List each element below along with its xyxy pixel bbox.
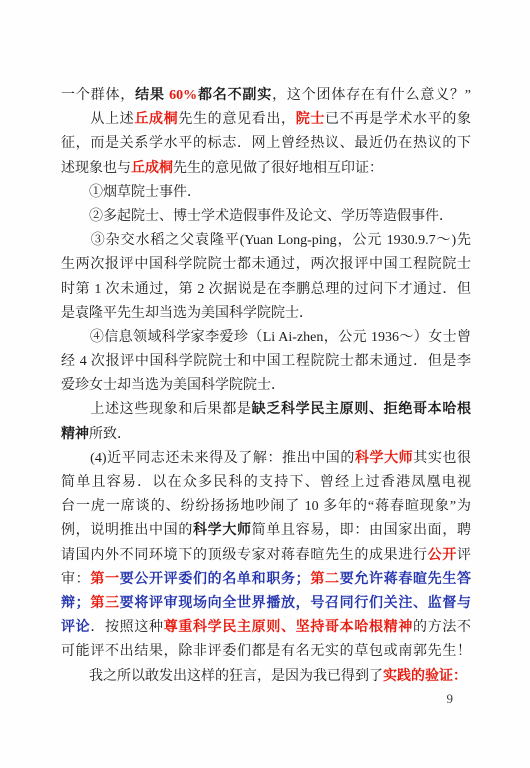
text-run: 的方法不 [413,620,471,635]
page-number: 9 [61,691,471,707]
text-run: 科学大师 [193,523,252,538]
text-line: 我之所以敢发出这样的狂言，是因为我已得到了实践的验证： [61,665,471,689]
text-run: ④信息领域科学家李爱珍（Li Ai-zhen，公元 1936～）女士曾 [61,330,471,345]
text-line: 生两次报评中国科学院院士都未通过，两次报评中国工程院院士 [61,253,471,277]
text-run: 先生的意见做了很好地相互印证： [173,161,383,176]
text-run: 第二 [310,572,340,587]
text-line: 从上述丘成桐先生的意见看出，院士已不再是学术水平的象 [61,108,471,132]
text-run: 公开 [428,548,457,563]
text-run: 要允许蒋春暄先生答 [340,572,471,587]
text-run: 我之所以敢发出这样的狂言，是因为我已得到了 [61,669,383,684]
text-run: 时第 1 次未通过，第 2 次据说是在李鹏总理的过问下才通过．但 [61,282,471,297]
text-run: 丘成桐 [134,112,178,127]
text-run: 征，而是关系学水平的标志．网上曾经热议、最近仍在热议的下 [61,136,471,151]
text-run: 其实也很 [413,451,471,466]
text-run: 评论 [61,620,90,635]
text-line: 可能评不出结果，除非评委们都是有名无实的草包或南郭先生！ [61,640,471,664]
text-line: 评论．按照这种尊重科学民主原则、坚持哥本哈根精神的方法不 [61,616,471,640]
text-run: 上述这些现象和后果都是 [61,402,252,417]
text-line: (4)近平同志还未来得及了解：推出中国的科学大师其实也很 [61,447,471,471]
text-run: 生两次报评中国科学院院士都未通过，两次报评中国工程院院士 [61,257,471,272]
text-run: 缺乏科学民主原则、拒绝哥本哈根 [252,402,471,417]
text-run: 可能评不出结果，除非评委们都是有名无实的草包或南郭先生！ [61,644,471,659]
text-run: 请国内外不同环境下的顶级专家对蒋春暄先生的成果进行 [61,548,428,563]
text-run: 要将评审现场向全世界播放，号召同行们关注、监督与 [120,596,471,611]
text-run: 都名不副实 [197,88,272,103]
text-line: 一个群体，结果 60%都名不副实，这个团体存在有什么意义？” [61,84,471,108]
text-run: 评 [457,548,471,563]
text-line: 上述这些现象和后果都是缺乏科学民主原则、拒绝哥本哈根 [61,398,471,422]
text-run: 结果 [135,88,169,103]
text-run: 要公开评委们的名单和职务； [120,572,310,587]
text-line: ①烟草院士事件． [61,181,471,205]
text-line: ②多起院士、博士学术造假事件及论文、学历等造假事件． [61,205,471,229]
text-run: 尊重科学民主原则、坚持哥本哈根精神 [164,620,413,635]
document-page: 一个群体，结果 60%都名不副实，这个团体存在有什么意义？” 从上述丘成桐先生的… [0,0,530,768]
text-run: 台一虎一席谈的、纷纷扬扬地吵闹了 10 多年的“蒋春暄现象”为 [61,499,471,514]
text-run: ．按照这种 [90,620,163,635]
text-line: 审：第一要公开评委们的名单和职务；第二要允许蒋春暄先生答 [61,568,471,592]
text-line: 例，说明推出中国的科学大师简单且容易，即：由国家出面，聘 [61,519,471,543]
text-run: 院士 [296,112,325,127]
text-line: 时第 1 次未通过，第 2 次据说是在李鹏总理的过问下才通过．但 [61,278,471,302]
text-block: 一个群体，结果 60%都名不副实，这个团体存在有什么意义？” 从上述丘成桐先生的… [61,84,471,689]
text-run: 科学大师 [355,451,413,466]
text-run: 第一 [90,572,119,587]
text-line: 爱珍女士却当选为美国科学院院士． [61,374,471,398]
text-run: ①烟草院士事件． [61,185,201,200]
text-line: 述现象也与丘成桐先生的意见做了很好地相互印证： [61,157,471,181]
text-run: 第三 [90,596,120,611]
text-line: 请国内外不同环境下的顶级专家对蒋春暄先生的成果进行公开评 [61,544,471,568]
text-line: 征，而是关系学水平的标志．网上曾经热议、最近仍在热议的下 [61,132,471,156]
text-run: (4)近平同志还未来得及了解：推出中国的 [61,451,355,466]
text-run: 简单且容易，即：由国家出面，聘 [252,523,471,538]
text-run: 述现象也与 [61,161,131,176]
text-run: 简单且容易．以在众多民科的支持下、曾经上过香港凤凰电视 [61,475,471,490]
text-run: ，这个团体存在有什么意义？” [272,88,471,103]
text-line: 辩；第三要将评审现场向全世界播放，号召同行们关注、监督与 [61,592,471,616]
text-run: 从上述 [61,112,134,127]
text-run: 实践的验证： [383,669,467,684]
text-run: 丘成桐 [131,161,173,176]
text-run: ③杂交水稻之父袁隆平(Yuan Long-ping，公元 1930.9.7～)先 [61,233,471,248]
text-line: ④信息领域科学家李爱珍（Li Ai-zhen，公元 1936～）女士曾 [61,326,471,350]
text-run: 经 4 次报评中国科学院院士和中国工程院院士都未通过．但是李 [61,354,471,369]
text-line: 经 4 次报评中国科学院院士和中国工程院院士都未通过．但是李 [61,350,471,374]
text-run: 一个群体， [61,88,135,103]
text-line: ③杂交水稻之父袁隆平(Yuan Long-ping，公元 1930.9.7～)先 [61,229,471,253]
text-run: 60% [169,88,197,103]
text-run: 先生的意见看出， [178,112,295,127]
text-run: ②多起院士、博士学术造假事件及论文、学历等造假事件． [61,209,453,224]
text-run: 审： [61,572,90,587]
text-line: 简单且容易．以在众多民科的支持下、曾经上过香港凤凰电视 [61,471,471,495]
text-run: 已不再是学术水平的象 [325,112,471,127]
text-line: 是袁隆平先生却当选为美国科学院院士． [61,302,471,326]
text-run: 精神 [61,427,89,442]
text-line: 台一虎一席谈的、纷纷扬扬地吵闹了 10 多年的“蒋春暄现象”为 [61,495,471,519]
text-run: 爱珍女士却当选为美国科学院院士． [61,378,285,393]
text-run: 例，说明推出中国的 [61,523,193,538]
text-line: 精神所致． [61,423,471,447]
text-run: 辩； [61,596,90,611]
text-run: 是袁隆平先生却当选为美国科学院院士． [61,306,313,321]
page-content: 一个群体，结果 60%都名不副实，这个团体存在有什么意义？” 从上述丘成桐先生的… [61,84,471,707]
text-run: 所致． [89,427,131,442]
